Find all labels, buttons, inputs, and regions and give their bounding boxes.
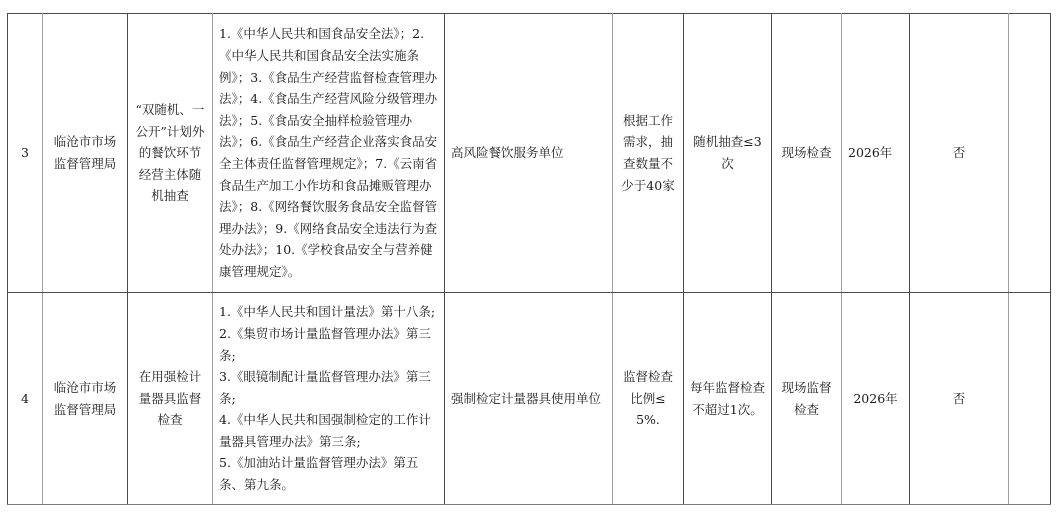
table-row: 3 临沧市市场监督管理局 “双随机、一公开”计划外的餐饮环节经营主体随机抽查 1… bbox=[8, 14, 1051, 293]
legal-basis-item: 5.《加油站计量监督管理办法》第五条、第九条。 bbox=[219, 452, 438, 495]
inspection-target-cell: 高风险餐饮服务单位 bbox=[445, 14, 613, 293]
table-row: 4 临沧市市场监督管理局 在用强检计量器具监督检查 1.《中华人民共和国计量法》… bbox=[8, 293, 1051, 505]
note-cell bbox=[1009, 14, 1051, 293]
joint-inspection-cell: 否 bbox=[910, 14, 1009, 293]
row-index: 4 bbox=[8, 293, 43, 505]
legal-basis-item: 4.《中华人民共和国强制检定的工作计量器具管理办法》第三条; bbox=[219, 409, 438, 452]
inspection-scope-cell: 根据工作需求，抽查数量不少于40家 bbox=[613, 14, 684, 293]
joint-inspection-cell: 否 bbox=[910, 293, 1009, 505]
legal-basis-cell: 1.《中华人民共和国食品安全法》；2.《中华人民共和国食品安全法实施条例》；3.… bbox=[213, 14, 445, 293]
legal-basis-cell: 1.《中华人民共和国计量法》第十八条; 2.《集贸市场计量监督管理办法》第三条;… bbox=[213, 293, 445, 505]
inspection-target-cell: 强制检定计量器具使用单位 bbox=[445, 293, 613, 505]
legal-basis-item: 1.《中华人民共和国计量法》第十八条; bbox=[219, 301, 438, 323]
department-cell: 临沧市市场监督管理局 bbox=[43, 293, 128, 505]
inspection-scope-cell: 监督检查比例≤5%. bbox=[613, 293, 684, 505]
row-index: 3 bbox=[8, 14, 43, 293]
legal-basis-item: 2.《集贸市场计量监督管理办法》第三条; bbox=[219, 323, 438, 366]
legal-basis-item: 3.《眼镜制配计量监督管理办法》第三条; bbox=[219, 366, 438, 409]
inspection-method-cell: 现场监督检查 bbox=[772, 293, 842, 505]
inspection-method-cell: 现场检查 bbox=[772, 14, 842, 293]
inspection-time-cell: 2026年 bbox=[842, 14, 910, 293]
inspection-item-cell: “双随机、一公开”计划外的餐饮环节经营主体随机抽查 bbox=[128, 14, 213, 293]
inspection-frequency-cell: 随机抽查≤3次 bbox=[684, 14, 772, 293]
inspection-plan-table: 3 临沧市市场监督管理局 “双随机、一公开”计划外的餐饮环节经营主体随机抽查 1… bbox=[7, 13, 1051, 505]
department-cell: 临沧市市场监督管理局 bbox=[43, 14, 128, 293]
inspection-item-cell: 在用强检计量器具监督检查 bbox=[128, 293, 213, 505]
inspection-frequency-cell: 每年监督检查不超过1次。 bbox=[684, 293, 772, 505]
inspection-time-cell: 2026年 bbox=[842, 293, 910, 505]
note-cell bbox=[1009, 293, 1051, 505]
